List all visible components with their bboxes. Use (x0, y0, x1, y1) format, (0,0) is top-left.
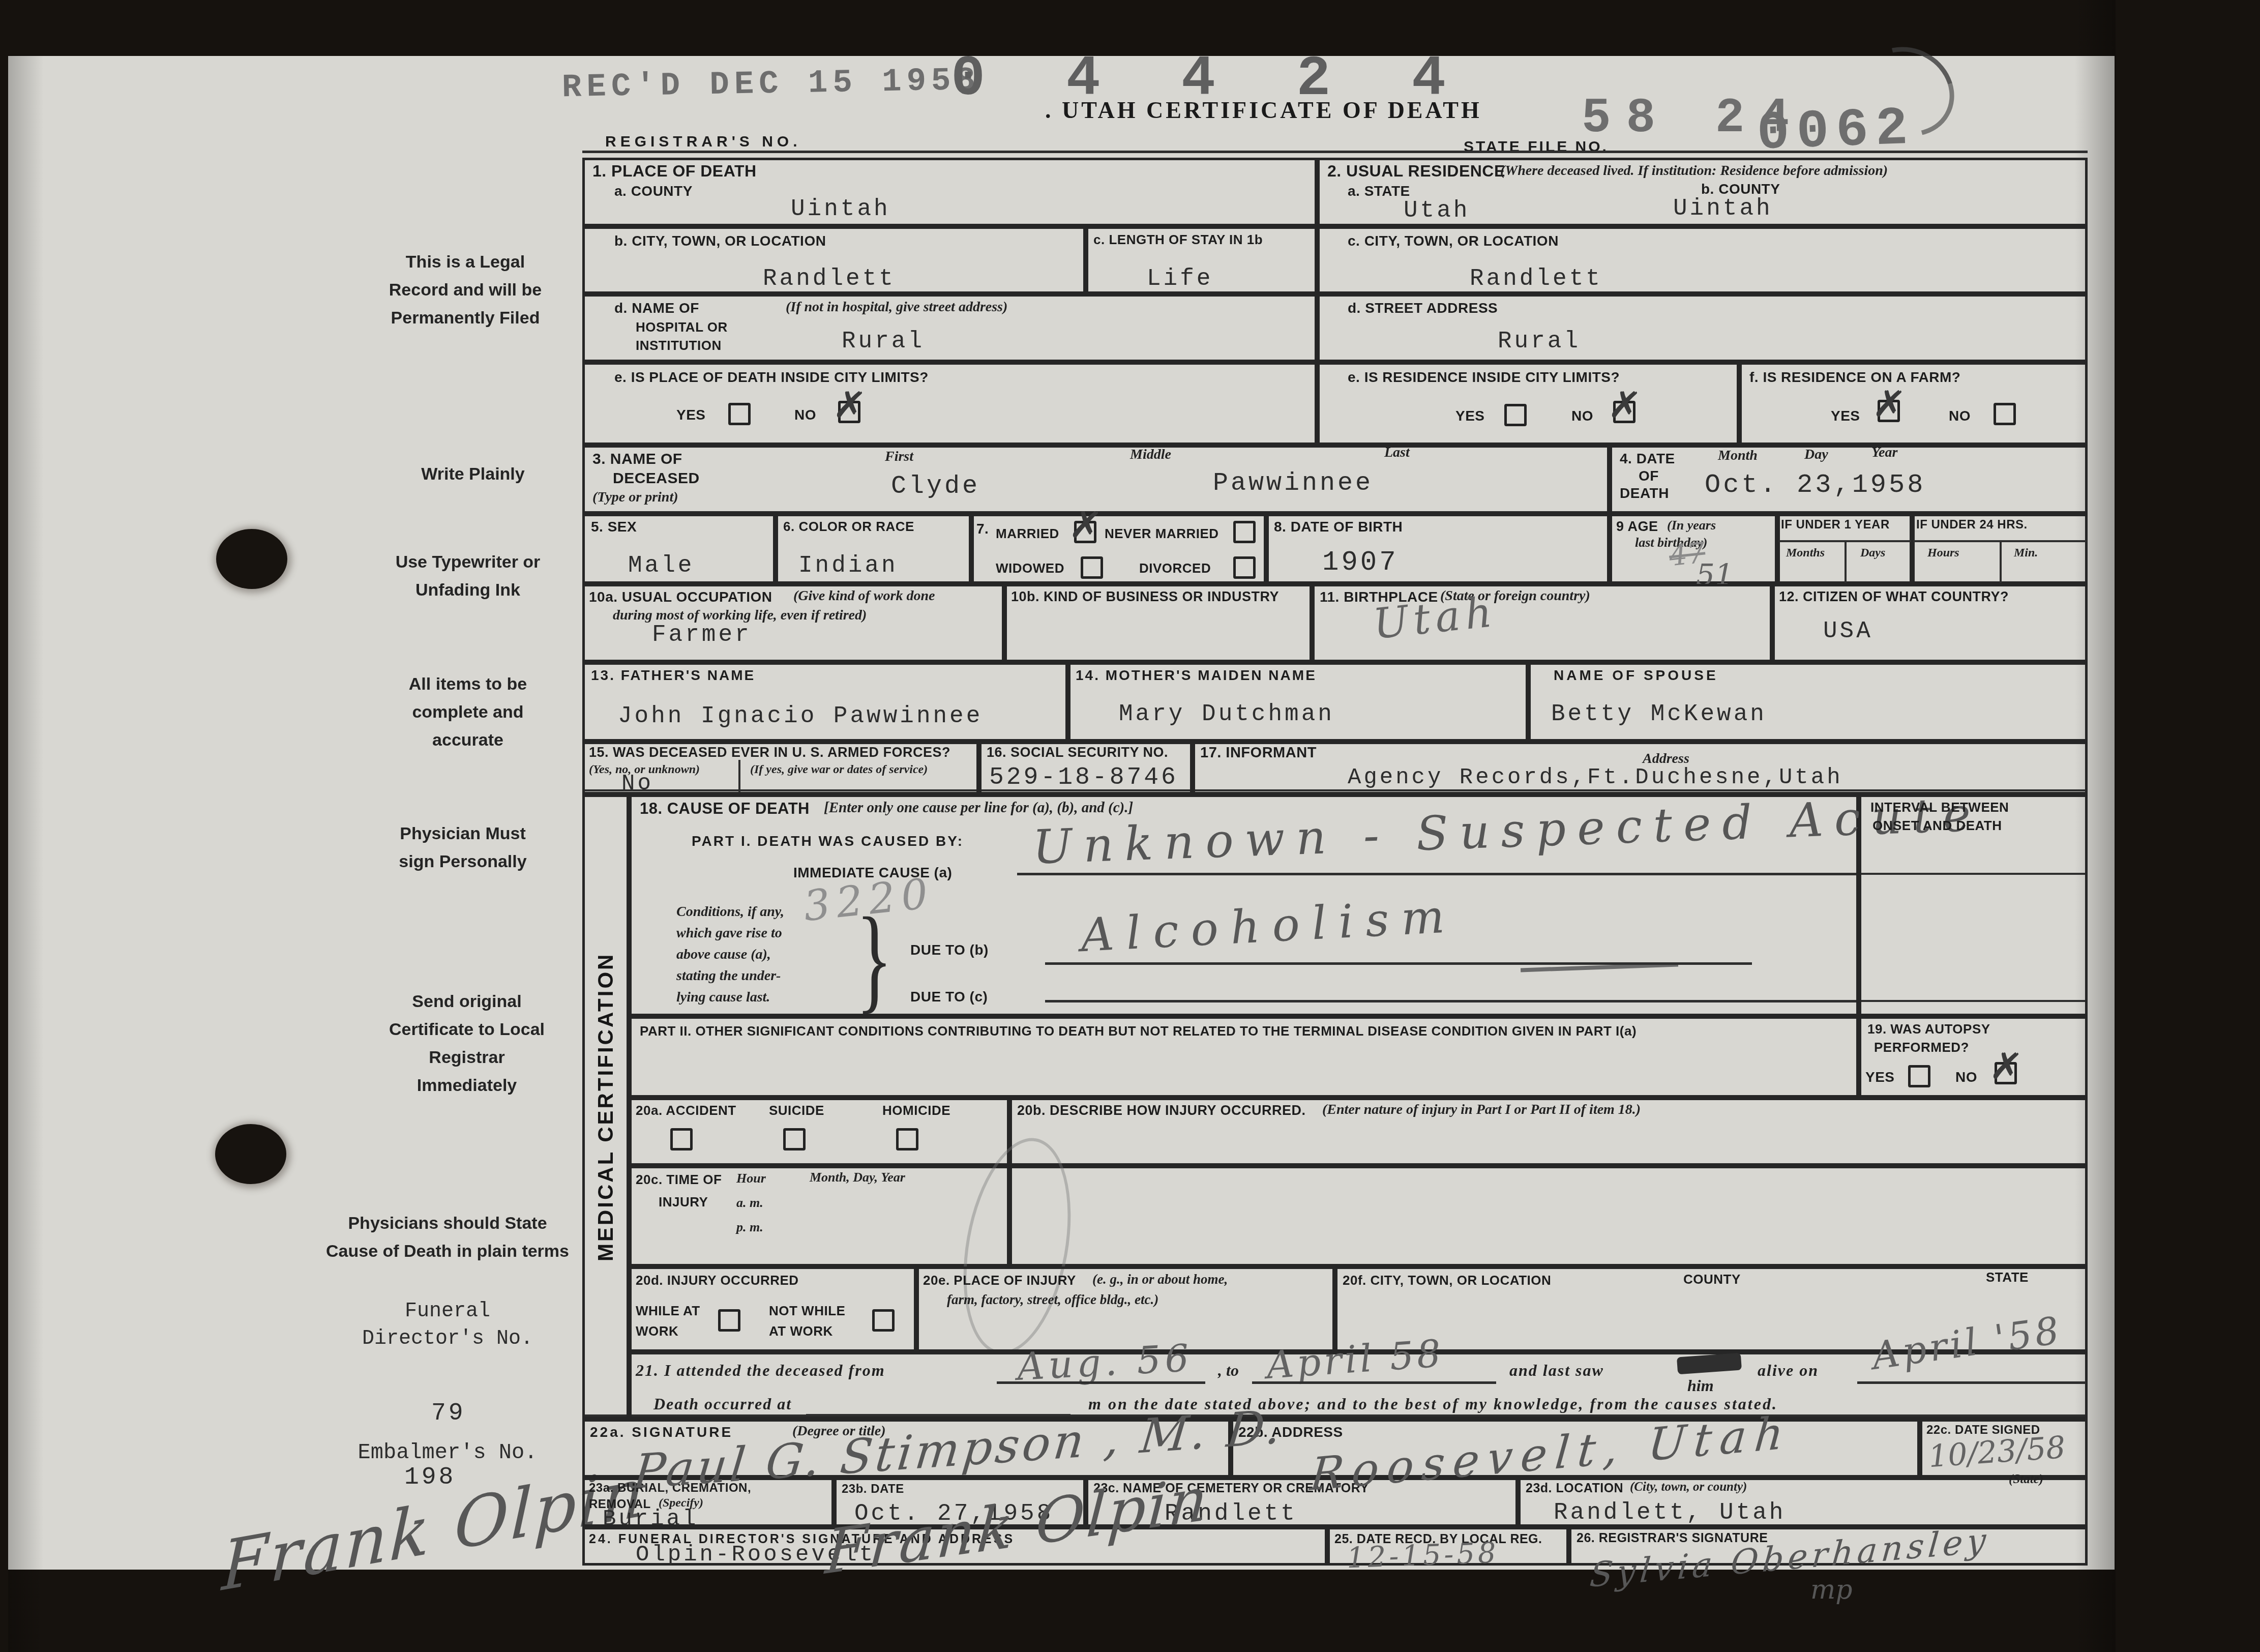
field-20f-label: 20f. CITY, TOWN, OR LOCATION (1343, 1273, 1551, 1288)
field-spouse-value: Betty McKewan (1551, 701, 1767, 727)
margin-note-complete-accurate: All items to be complete and accurate (381, 670, 554, 754)
field-18-part1-label: PART I. DEATH WAS CAUSED BY: (692, 833, 964, 849)
field-10a-label: 10a. USUAL OCCUPATION (589, 589, 772, 605)
conditions-line: which gave rise to (676, 923, 859, 944)
field-9-label: 9 AGE (1616, 519, 1658, 535)
grid-line (1845, 540, 1847, 583)
field-21-line2-pre: Death occurred at (653, 1395, 792, 1413)
field-4-value: Oct. 23,1958 (1705, 470, 1925, 500)
conditions-line: above cause (a), (676, 944, 859, 965)
field-20a-homicide-label: HOMICIDE (882, 1103, 950, 1118)
field-20b-hint: (Enter nature of injury in Part I or Par… (1322, 1102, 1641, 1118)
field-20d-not-label2: AT WORK (769, 1323, 833, 1339)
field-4-label1: 4. DATE (1620, 451, 1675, 467)
field-15-value: No (621, 771, 653, 796)
field-18-conditions-note: Conditions, if any, which gave rise to a… (676, 901, 859, 1008)
field-7-divorced-label: DIVORCED (1139, 560, 1211, 576)
field-23d-value: Randlett, Utah (1554, 1499, 1786, 1526)
margin-note-send-original: Send original Certificate to Local Regis… (380, 988, 553, 1100)
field-4-label2: OF (1639, 468, 1659, 484)
checkbox-mark: ✗ (831, 385, 868, 426)
checkbox-autopsy-yes (1908, 1065, 1930, 1087)
field-1d-label: d. NAME OF (614, 300, 699, 316)
scan-border-left (0, 0, 8, 1652)
field-20d-while-label1: WHILE AT (636, 1303, 700, 1319)
cause-line-c (1045, 1000, 1856, 1002)
checkbox-widowed (1081, 556, 1103, 579)
funeral-directors-no-value: 79 (431, 1400, 466, 1427)
field-19-label2: PERFORMED? (1874, 1040, 1969, 1055)
field-8-value: 1907 (1322, 547, 1399, 578)
checkbox-homicide (896, 1128, 918, 1150)
field-4-year-header: Year (1871, 445, 1897, 461)
field-25-value: 12-15-58 (1346, 1537, 1500, 1575)
field-2a-value: Utah (1404, 197, 1470, 224)
received-stamp: REC'D DEC 15 1958 (561, 63, 980, 106)
field-21-pre-label: 21. I attended the deceased from (636, 1361, 885, 1380)
field-3-first-value: Clyde (891, 472, 980, 501)
field-20e-hint2: farm, factory, street, office bldg., etc… (947, 1292, 1158, 1308)
checkbox-2f-yes: ✗ (1878, 400, 1900, 422)
punch-hole (216, 529, 287, 589)
field-12-value: USA (1823, 618, 1873, 644)
checkbox-1e-yes (728, 403, 751, 425)
field-20e-hint1: (e. g., in or about home, (1092, 1272, 1228, 1287)
checkbox-1e-no: ✗ (838, 401, 860, 423)
field-2a-label: a. STATE (1348, 183, 1410, 199)
field-19-label1: 19. WAS AUTOPSY (1867, 1021, 1990, 1037)
conditions-line: stating the under- (676, 965, 859, 987)
field-4-day-header: Day (1804, 447, 1828, 463)
field-20c-hour-header: Hour (736, 1171, 766, 1186)
checkbox-autopsy-no: ✗ (1995, 1062, 2017, 1084)
field-7-number: 7. (976, 521, 989, 537)
field-21-alive-label: alive on (1758, 1361, 1819, 1380)
field-1c-value: Life (1147, 265, 1213, 292)
field-20b-label: 20b. DESCRIBE HOW INJURY OCCURRED. (1017, 1103, 1306, 1118)
field-2b-value: Uintah (1673, 195, 1773, 222)
checkbox-married: ✗ (1074, 521, 1096, 543)
field-1d-value: Rural (842, 328, 925, 355)
field-1e-no-label: NO (794, 407, 816, 423)
certificate-title: . UTAH CERTIFICATE OF DEATH (1045, 97, 1482, 124)
field-1d-label2: HOSPITAL OR (636, 319, 728, 335)
field-23b-label: 23b. DATE (842, 1482, 904, 1496)
checkbox-2f-no (1994, 403, 2016, 425)
field-20d-label: 20d. INJURY OCCURRED (636, 1273, 799, 1288)
field-9-months-header: Months (1786, 546, 1825, 560)
field-1e-yes-label: YES (676, 407, 706, 423)
conditions-brace: } (856, 891, 893, 1026)
field-2f-no-label: NO (1949, 408, 1971, 424)
field-23d-hint: (City, town, or county) (1630, 1480, 1747, 1494)
field-17-value: Agency Records,Ft.Duchesne,Utah (1348, 765, 1843, 790)
field-3-first-header: First (885, 449, 913, 465)
punch-hole (215, 1124, 286, 1184)
field-16-label: 16. SOCIAL SECURITY NO. (987, 745, 1168, 760)
field-12-label: 12. CITIZEN OF WHAT COUNTRY? (1779, 589, 2009, 605)
scanned-death-certificate: REC'D DEC 15 1958 0 4 4 2 4 . UTAH CERTI… (0, 0, 2260, 1652)
field-21-saw-label: and last saw (1509, 1361, 1604, 1380)
checkbox-not-while-at-work (872, 1309, 895, 1332)
field-18-part2-label: PART II. OTHER SIGNIFICANT CONDITIONS CO… (640, 1023, 1637, 1039)
field-9-hours-header: Hours (1927, 546, 1959, 560)
field-20a-suicide-label: SUICIDE (769, 1103, 824, 1118)
field-8-label: 8. DATE OF BIRTH (1274, 519, 1403, 535)
conditions-line: Conditions, if any, (676, 901, 859, 923)
field-1c-label: c. LENGTH OF STAY IN 1b (1093, 232, 1263, 248)
field-3-label3: (Type or print) (592, 489, 678, 506)
double-rule-top (582, 151, 2088, 153)
grid-line (738, 760, 740, 792)
checkbox-mark: ✗ (1871, 383, 1907, 425)
field-5-label: 5. SEX (591, 519, 637, 535)
registrars-no-label: REGISTRAR'S NO. (605, 133, 801, 151)
field-20f-county-header: COUNTY (1683, 1272, 1741, 1287)
field-7-never-married-label: NEVER MARRIED (1105, 526, 1219, 542)
field-spouse-label: NAME OF SPOUSE (1554, 667, 1718, 684)
field-20c-pm-label: p. m. (736, 1220, 763, 1235)
field-19-no-label: NO (1955, 1069, 1977, 1085)
field-13-label: 13. FATHER'S NAME (591, 667, 755, 684)
field-16-value: 529-18-8746 (989, 764, 1178, 791)
checkbox-mark: ✗ (1988, 1046, 2024, 1087)
field-2d-label: d. STREET ADDRESS (1348, 300, 1498, 316)
field-1b-value: Randlett (763, 265, 896, 292)
field-14-value: Mary Dutchman (1119, 701, 1334, 727)
margin-note-write-plainly: Write Plainly (376, 460, 570, 488)
field-13-value: John Ignacio Pawwinnee (618, 703, 983, 729)
margin-note-legal-record: This is a Legal Record and will be Perma… (386, 248, 544, 332)
checkbox-2e-yes (1504, 404, 1527, 426)
field-20-blank-box (1009, 1166, 2088, 1266)
field-5-value: Male (628, 552, 694, 579)
field-18-bracket: [Enter only one cause per line for (a), … (824, 800, 1133, 816)
field-3-last-header: Last (1384, 445, 1410, 461)
field-7-married-label: MARRIED (996, 526, 1059, 542)
field-18-label: 18. CAUSE OF DEATH (640, 800, 810, 818)
field-3-last-value: Pawwinnee (1213, 469, 1373, 498)
checkbox-accident (670, 1128, 693, 1150)
field-9-under1yr-label: IF UNDER 1 YEAR (1781, 518, 1890, 532)
field-9-min-header: Min. (2014, 546, 2038, 560)
field-9-under24-label: IF UNDER 24 HRS. (1916, 518, 2028, 532)
scan-border-right (2115, 0, 2260, 1652)
field-2c-value: Randlett (1470, 265, 1602, 292)
margin-note-typewriter: Use Typewriter or Unfading Ink (371, 548, 564, 604)
field-2-hint: (Where deceased lived. If institution: R… (1500, 163, 1888, 179)
field-2f-yes-label: YES (1831, 408, 1860, 424)
field-10a-value: Farmer (652, 622, 752, 648)
field-3-middle-header: Middle (1130, 447, 1171, 463)
interval-line (1861, 873, 2085, 875)
field-1d-hint: (If not in hospital, give street address… (786, 299, 1007, 315)
checkbox-while-at-work (718, 1309, 740, 1332)
field-1d-label3: INSTITUTION (636, 338, 722, 353)
field-15-label: 15. WAS DECEASED EVER IN U. S. ARMED FOR… (589, 745, 950, 760)
field-23d-label: 23d. LOCATION (1526, 1481, 1623, 1496)
field-10a-hint1: (Give kind of work done (793, 588, 935, 604)
field-2e-no-label: NO (1571, 408, 1593, 424)
field-3-label1: 3. NAME OF (592, 451, 682, 468)
field-1b-label: b. CITY, TOWN, OR LOCATION (614, 233, 826, 249)
paper-edge-shadow-left (8, 55, 44, 1652)
field-18-due-c-label: DUE TO (c) (910, 989, 988, 1005)
checkbox-2e-no: ✗ (1613, 401, 1635, 423)
conditions-line: lying cause last. (676, 987, 859, 1008)
blank-line (806, 1414, 1070, 1417)
field-7-widowed-label: WIDOWED (996, 560, 1064, 576)
checkbox-divorced (1233, 556, 1256, 579)
field-20c-label1: 20c. TIME OF (636, 1172, 722, 1188)
registrar-initials: mp (1810, 1575, 1853, 1605)
field-2e-yes-label: YES (1455, 408, 1485, 424)
field-20a-accident-label: 20a. ACCIDENT (636, 1103, 736, 1118)
checkbox-mark: ✗ (1067, 505, 1104, 546)
field-3-label2: DECEASED (613, 470, 700, 487)
field-21-him-correction: him (1687, 1376, 1714, 1395)
cause-line-b (1045, 962, 1752, 965)
field-20f-state-header: STATE (1986, 1270, 2029, 1285)
field-1a-label: a. COUNTY (614, 183, 693, 199)
field-6-label: 6. COLOR OR RACE (783, 519, 914, 535)
field-17-label: 17. INFORMANT (1200, 745, 1317, 761)
field-18-due-b-label: DUE TO (b) (910, 942, 989, 958)
blank-line (997, 1381, 1205, 1384)
field-23d-state-hint: (State) (2009, 1472, 2043, 1487)
field-20c-mdy-header: Month, Day, Year (810, 1170, 905, 1185)
medical-certification-label: MEDICAL CERTIFICATION (585, 796, 628, 1418)
cause-line-a (1017, 873, 1856, 875)
field-2d-value: Rural (1498, 328, 1581, 355)
field-4-label3: DEATH (1620, 485, 1669, 501)
field-20c-am-label: a. m. (736, 1195, 763, 1211)
field-6-value: Indian (798, 552, 898, 579)
interval-label-2: ONSET AND DEATH (1872, 818, 2002, 834)
field-1-title: 1. PLACE OF DEATH (592, 162, 757, 181)
field-1a-value: Uintah (791, 196, 890, 222)
interval-label-1: INTERVAL BETWEEN (1870, 800, 2009, 815)
field-2f-label: f. IS RESIDENCE ON A FARM? (1749, 369, 1960, 386)
field-22a-label: 22a. SIGNATURE (590, 1424, 733, 1440)
field-20e-label: 20e. PLACE OF INJURY (923, 1273, 1076, 1288)
checkbox-never-married (1233, 521, 1256, 543)
blank-line (1857, 1381, 2086, 1384)
funeral-directors-no-label: Funeral Director's No. (356, 1298, 539, 1353)
field-21-to-label: , to (1218, 1361, 1239, 1380)
checkbox-suicide (783, 1128, 806, 1150)
field-1e-label: e. IS PLACE OF DEATH INSIDE CITY LIMITS? (614, 369, 929, 386)
field-2e-label: e. IS RESIDENCE INSIDE CITY LIMITS? (1348, 369, 1620, 386)
grid-line (2000, 540, 2002, 583)
blank-line (1252, 1381, 1496, 1384)
field-14-label: 14. MOTHER'S MAIDEN NAME (1076, 667, 1317, 684)
field-10b-label: 10b. KIND OF BUSINESS OR INDUSTRY (1011, 589, 1279, 605)
field-20c-label2: INJURY (659, 1194, 708, 1210)
field-19-yes-label: YES (1865, 1069, 1895, 1085)
field-20d-not-label1: NOT WHILE (769, 1303, 845, 1319)
checkbox-mark: ✗ (1607, 385, 1643, 426)
field-9-days-header: Days (1860, 546, 1885, 560)
margin-note-physician-sign: Physician Must sign Personally (392, 820, 534, 876)
field-9-hint1: (In years (1667, 518, 1716, 533)
field-4-month-header: Month (1718, 448, 1758, 464)
field-15-hint2: (If yes, give war or dates of service) (750, 763, 928, 777)
field-2-title: 2. USUAL RESIDENCE (1327, 162, 1505, 181)
field-20d-while-label2: WORK (636, 1323, 678, 1339)
embalmers-no-label: Embalmer's No. (346, 1440, 549, 1465)
margin-note-plain-terms: Physicians should State Cause of Death i… (325, 1209, 570, 1265)
field-2c-label: c. CITY, TOWN, OR LOCATION (1348, 233, 1559, 249)
interval-line (1861, 1000, 2085, 1002)
